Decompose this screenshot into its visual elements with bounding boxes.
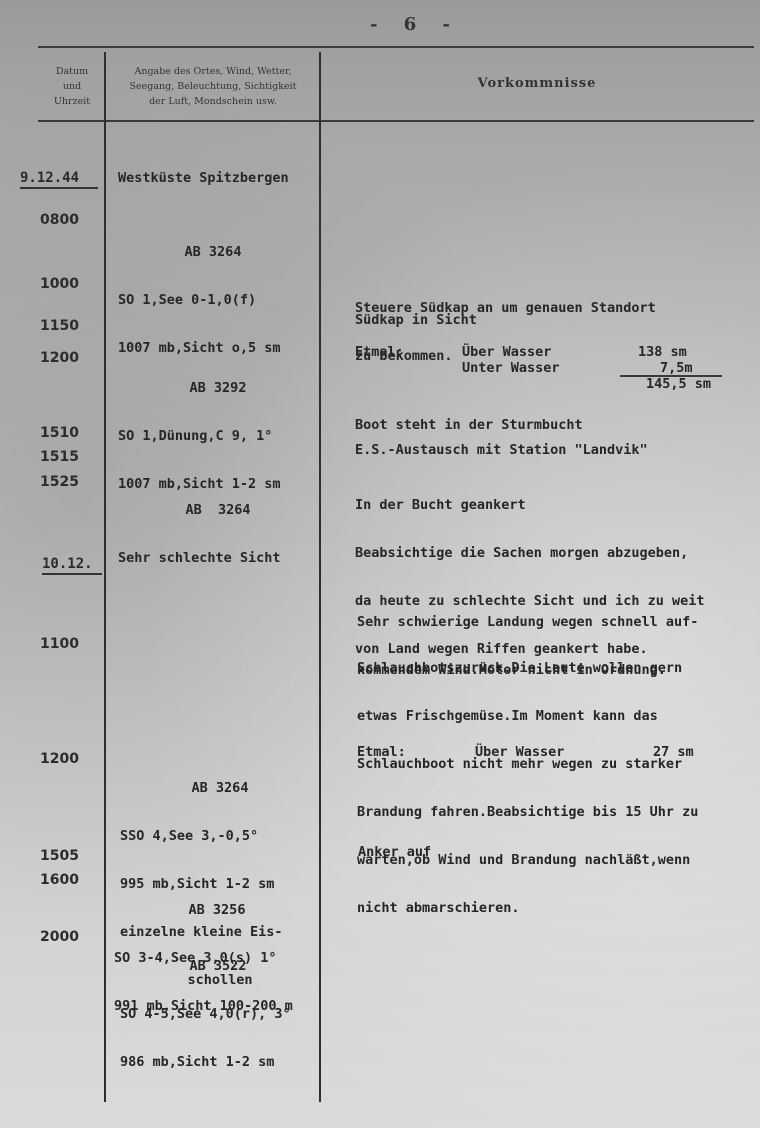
header-line: Uhrzeit (40, 94, 104, 109)
event-text: Steuere Südkap an um genauen Standort zu… (355, 268, 656, 396)
time-entry: 1200 (40, 350, 79, 366)
time-entry: 2000 (40, 929, 79, 945)
text-line: etwas Frischgemüse.Im Moment kann das (357, 708, 698, 724)
location-text: Westküste Spitzbergen (118, 170, 289, 186)
etmal-label: Etmal: (357, 744, 406, 760)
date-entry: 9.12.44 (20, 170, 98, 189)
text-line: Brandung fahren.Beabsichtige bis 15 Uhr … (357, 804, 698, 820)
header-date-time: Datum und Uhrzeit (40, 64, 104, 109)
time-entry: 1100 (40, 636, 79, 652)
etmal-label: Etmal: (355, 344, 404, 360)
time-entry: 1510 (40, 425, 79, 441)
document-page: - 6 - Datum und Uhrzeit Angabe des Ortes… (0, 0, 760, 1128)
text-line: In der Bucht geankert (355, 497, 705, 513)
time-entry: 1000 (40, 276, 79, 292)
text-line: Sehr schlechte Sicht (118, 550, 318, 566)
text-line: AB 3256 (114, 902, 334, 918)
etmal-row-label: Unter Wasser (462, 360, 560, 376)
header-line: und (40, 79, 104, 94)
text-line: Schlauchbotszurück.Die Leute wollen gern (357, 660, 698, 676)
text-line: AB 3264 (118, 502, 318, 518)
event-text: Boot steht in der Sturmbucht (355, 417, 583, 433)
text-line: SO 1,See 0-1,0(f) (110, 292, 316, 308)
header-bottom-rule (38, 120, 754, 122)
text-line: AB 3264 (120, 780, 320, 796)
time-entry: 1600 (40, 872, 79, 888)
event-text: Anker auf (358, 844, 431, 860)
page-number: - 6 - (370, 14, 460, 35)
header-line: Angabe des Ortes, Wind, Wetter, (108, 64, 318, 79)
text-line: SSO 4,See 3,-0,5° (120, 828, 320, 844)
time-entry: 1515 (40, 449, 79, 465)
text-line: AB 3292 (118, 380, 318, 396)
location-weather-block: AB 3264 Sehr schlechte Sicht (118, 470, 318, 598)
table-top-rule (38, 46, 754, 48)
event-text: E.S.-Austausch mit Station "Landvik" (355, 442, 648, 458)
header-line: Seegang, Beleuchtung, Sichtigkeit (108, 79, 318, 94)
time-entry: 1505 (40, 848, 79, 864)
text-line: 986 mb,Sicht 1-2 sm (120, 1054, 330, 1070)
etmal-row-label: Über Wasser (462, 344, 551, 360)
etmal-row-value: 7,5m (660, 360, 693, 376)
header-events: Vorkommnisse (322, 76, 752, 91)
text-line: Beabsichtige die Sachen morgen abzugeben… (355, 545, 705, 561)
text-line: nicht abmarschieren. (357, 900, 698, 916)
text-line: SO 4-5,See 4,0(r), 3° (120, 1006, 330, 1022)
text-line: AB 3264 (110, 244, 316, 260)
text-line: SO 1,Dünung,C 9, 1° (118, 428, 318, 444)
text-line: AB 3522 (120, 958, 330, 974)
etmal-total: 145,5 sm (646, 376, 711, 392)
etmal-row-label: Über Wasser (475, 744, 564, 760)
time-entry: 0800 (40, 212, 79, 228)
time-entry: 1525 (40, 474, 79, 490)
location-weather-block: AB 3522 SO 4-5,See 4,0(r), 3° 986 mb,Sic… (120, 926, 330, 1102)
header-line: Datum (40, 64, 104, 79)
time-entry: 1200 (40, 751, 79, 767)
etmal-row-value: 27 sm (653, 744, 694, 760)
time-entry: 1150 (40, 318, 79, 334)
column-divider-1 (104, 52, 106, 1102)
event-text: Schlauchbotszurück.Die Leute wollen gern… (357, 628, 698, 948)
etmal-row-value: 138 sm (638, 344, 687, 360)
header-line: der Luft, Mondschein usw. (108, 94, 318, 109)
header-location-weather: Angabe des Ortes, Wind, Wetter, Seegang,… (108, 64, 318, 109)
event-text: Südkap in Sicht (355, 312, 477, 328)
date-entry: 10.12. (42, 556, 102, 575)
